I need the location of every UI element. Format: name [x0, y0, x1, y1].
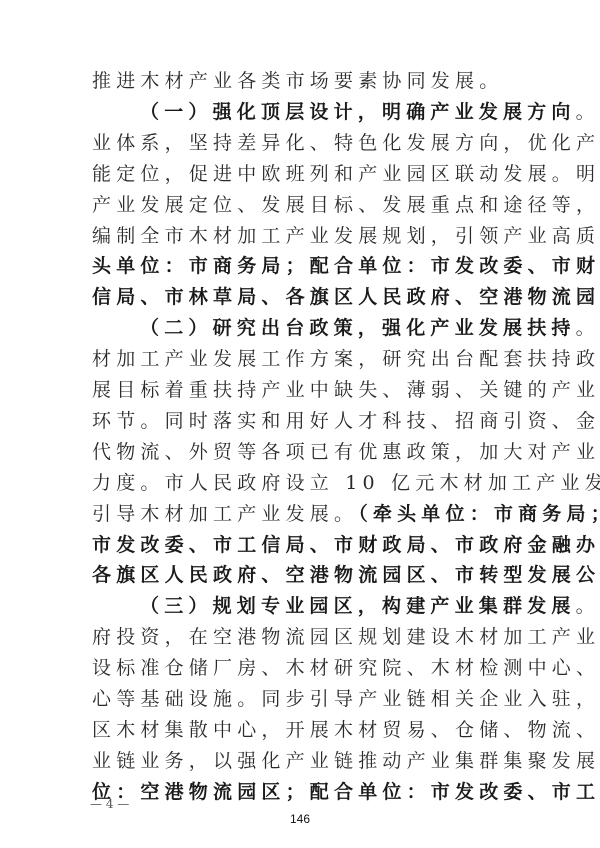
document-page: 推进木材产业各类市场要素协同发展。（一）强化顶层设计，明确产业发展方向。深入研究…: [0, 0, 600, 848]
document-page-number: — 4 —: [90, 797, 129, 811]
text-line: 环节。同时落实和用好人才科技、招商引资、金融税收、现: [92, 407, 512, 435]
text-line: 设标准仓储厂房、木材研究院、木材检测中心、人才培训中: [92, 654, 512, 682]
body-text: 引导木材加工产业发展。: [92, 503, 358, 525]
bold-text: （一）强化顶层设计，明确产业发展方向: [140, 101, 576, 123]
body-text: 代物流、外贸等各项已有优惠政策，加大对产业发展的支持: [92, 441, 600, 463]
text-line: 产业发展定位、发展目标、发展重点和途径等，以更高视野: [92, 191, 512, 219]
body-text: 编制全市木材加工产业发展规划，引领产业高质量发展。: [92, 225, 600, 247]
bold-text: 各旗区人民政府、空港物流园区、市转型发展公司）: [92, 564, 600, 586]
text-line: 力度。市人民政府设立 10 亿元木材加工产业发展引导基金，: [92, 469, 512, 497]
body-text: 力度。市人民政府设立 10 亿元木材加工产业发展引导基金，: [92, 472, 600, 494]
body-text: 环节。同时落实和用好人才科技、招商引资、金融税收、现: [92, 410, 600, 432]
body-text: 心等基础设施。同步引导产业链相关企业入驻，打造西北地: [92, 688, 600, 710]
text-line: （三）规划专业园区，构建产业集群发展。由市人民政: [140, 592, 512, 620]
text-line: 引导木材加工产业发展。（牵头单位：市商务局；配合单位：: [92, 500, 512, 528]
text-line: （二）研究出台政策，强化产业发展扶持。制定推进木: [140, 314, 512, 342]
body-text: 能定位，促进中欧班列和产业园区联动发展。明确木材加工: [92, 163, 600, 185]
bold-text: 位：空港物流园区；配合单位：市发改委、市工信局、市财: [92, 781, 600, 803]
text-line: 位：空港物流园区；配合单位：市发改委、市工信局、市财: [92, 778, 512, 806]
text-line: 信局、市林草局、各旗区人民政府、空港物流园区）: [92, 283, 512, 311]
text-line: 编制全市木材加工产业发展规划，引领产业高质量发展。（牵: [92, 222, 512, 250]
body-text: 材加工产业发展工作方案，研究出台配套扶持政策，围绕发: [92, 348, 600, 370]
bold-text: （牵头单位：市商务局；配合单位：: [358, 503, 600, 525]
text-line: 市发改委、市工信局、市财政局、市政府金融办、市林草局、: [92, 531, 512, 559]
text-line: 区木材集散中心，开展木材贸易、仓储、物流、加工等全产: [92, 716, 512, 744]
bold-text: 信局、市林草局、各旗区人民政府、空港物流园区）: [92, 286, 600, 308]
text-line: 头单位：市商务局；配合单位：市发改委、市财政局、市工: [92, 252, 512, 280]
bold-text: （二）研究出台政策，强化产业发展扶持: [140, 317, 576, 339]
body-text: 设标准仓储厂房、木材研究院、木材检测中心、人才培训中: [92, 657, 600, 679]
body-text: 府投资，在空港物流园区规划建设木材加工产业园，配套建: [92, 626, 600, 648]
body-text: 。制定推进木: [576, 317, 600, 339]
body-text: 区木材集散中心，开展木材贸易、仓储、物流、加工等全产: [92, 719, 600, 741]
body-text: 。深入研究产: [576, 101, 600, 123]
text-line: 各旗区人民政府、空港物流园区、市转型发展公司）: [92, 561, 512, 589]
bold-text: （三）规划专业园区，构建产业集群发展: [140, 595, 576, 617]
body-text: 。由市人民政: [576, 595, 600, 617]
text-line: 业链业务，以强化产业链推动产业集群集聚发展。（牵头单: [92, 747, 512, 775]
bold-text: 头单位：市商务局；配合单位：市发改委、市财政局、市工: [92, 255, 600, 277]
body-text: 业体系，坚持差异化、特色化发展方向，优化产业布局和功: [92, 132, 600, 154]
bold-text: 市发改委、市工信局、市财政局、市政府金融办、市林草局、: [92, 534, 600, 556]
text-line: 府投资，在空港物流园区规划建设木材加工产业园，配套建: [92, 623, 512, 651]
text-line: 代物流、外贸等各项已有优惠政策，加大对产业发展的支持: [92, 438, 512, 466]
text-line: 心等基础设施。同步引导产业链相关企业入驻，打造西北地: [92, 685, 512, 713]
scan-page-number: 146: [290, 812, 310, 826]
text-line: 业体系，坚持差异化、特色化发展方向，优化产业布局和功: [92, 129, 512, 157]
text-line: 能定位，促进中欧班列和产业园区联动发展。明确木材加工: [92, 160, 512, 188]
text-line: 推进木材产业各类市场要素协同发展。: [92, 67, 512, 95]
text-line: （一）强化顶层设计，明确产业发展方向。深入研究产: [140, 98, 512, 126]
body-text: 产业发展定位、发展目标、发展重点和途径等，以更高视野: [92, 194, 600, 216]
body-text: 业链业务，以强化产业链推动产业集群集聚发展。: [92, 750, 600, 772]
text-line: 展目标着重扶持产业中缺失、薄弱、关键的产业链和供应链: [92, 376, 512, 404]
body-text: 推进木材产业各类市场要素协同发展。: [92, 70, 503, 92]
text-line: 材加工产业发展工作方案，研究出台配套扶持政策，围绕发: [92, 345, 512, 373]
body-text: 展目标着重扶持产业中缺失、薄弱、关键的产业链和供应链: [92, 379, 600, 401]
